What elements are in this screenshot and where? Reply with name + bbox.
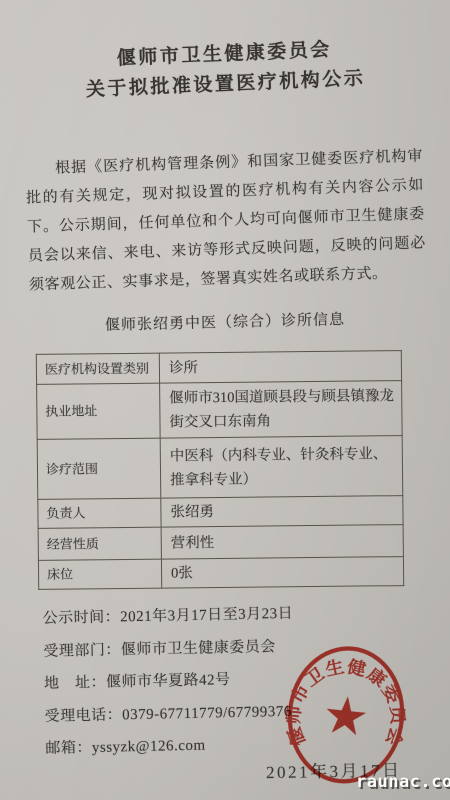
row-value-address: 偃师市310国道顾县段与顾县镇豫龙街交叉口东南角	[160, 381, 403, 439]
email-value: yssyzk@126.com	[92, 738, 206, 756]
row-label-beds: 床位	[38, 559, 161, 589]
clinic-info-table: 医疗机构设置类别 诊所 执业地址 偃师市310国道顾县段与顾县镇豫龙街交叉口东南…	[36, 350, 404, 590]
publicity-period-label: 公示时间：	[43, 609, 121, 627]
row-value-scope: 中医科（内科专业、针灸科专业、推拿科专业）	[160, 436, 403, 499]
row-value-beds: 0张	[161, 557, 403, 589]
phone-label: 受理电话：	[45, 707, 123, 725]
publicity-period-value: 2021年3月17日至3月23日	[120, 606, 293, 626]
row-value-category: 诊所	[159, 351, 401, 384]
notice-title: 偃师市卫生健康委员会 关于拟批准设置医疗机构公示	[0, 31, 450, 110]
clinic-info-title: 偃师张绍勇中医（综合）诊所信息	[0, 306, 450, 338]
address-label: 地 址：	[44, 675, 106, 692]
document-photo: 偃师市卫生健康委员会 关于拟批准设置医疗机构公示 根据《医疗机构管理条例》和国家…	[0, 0, 450, 800]
accepting-department-value: 偃师市卫生健康委员会	[121, 639, 276, 658]
table-row: 诊疗范围 中医科（内科专业、针灸科专业、推拿科专业）	[37, 436, 403, 500]
email-label: 邮箱：	[45, 740, 92, 757]
row-label-principal: 负责人	[38, 498, 161, 528]
phone-value: 0379-67711779/67799376	[122, 703, 292, 723]
row-label-scope: 诊疗范围	[37, 438, 161, 499]
official-seal-stamp: 偃师市卫生健康委员会 ★	[279, 639, 415, 791]
row-value-nature: 营利性	[161, 525, 403, 560]
table-row: 执业地址 偃师市310国道顾县段与顾县镇豫龙街交叉口东南角	[37, 381, 403, 440]
notice-body-paragraph: 根据《医疗机构管理条例》和国家卫健委医疗机构审批的有关规定，现对拟设置的医疗机构…	[25, 142, 428, 300]
row-label-address: 执业地址	[37, 383, 161, 439]
seal-graphic: 偃师市卫生健康委员会 ★	[279, 639, 415, 791]
table-row: 床位 0张	[38, 557, 403, 590]
address-value: 偃师市华夏路42号	[106, 672, 231, 691]
row-label-nature: 经营性质	[38, 527, 161, 560]
table-row: 医疗机构设置类别 诊所	[36, 351, 401, 385]
table-row: 负责人 张绍勇	[38, 496, 403, 529]
row-label-category: 医疗机构设置类别	[36, 353, 159, 384]
row-value-principal: 张绍勇	[161, 496, 403, 528]
watermark-text: raunac.com	[356, 772, 450, 792]
table-row: 经营性质 营利性	[38, 525, 403, 561]
star-icon: ★	[320, 687, 372, 749]
accepting-department-label: 受理部门：	[43, 642, 121, 660]
